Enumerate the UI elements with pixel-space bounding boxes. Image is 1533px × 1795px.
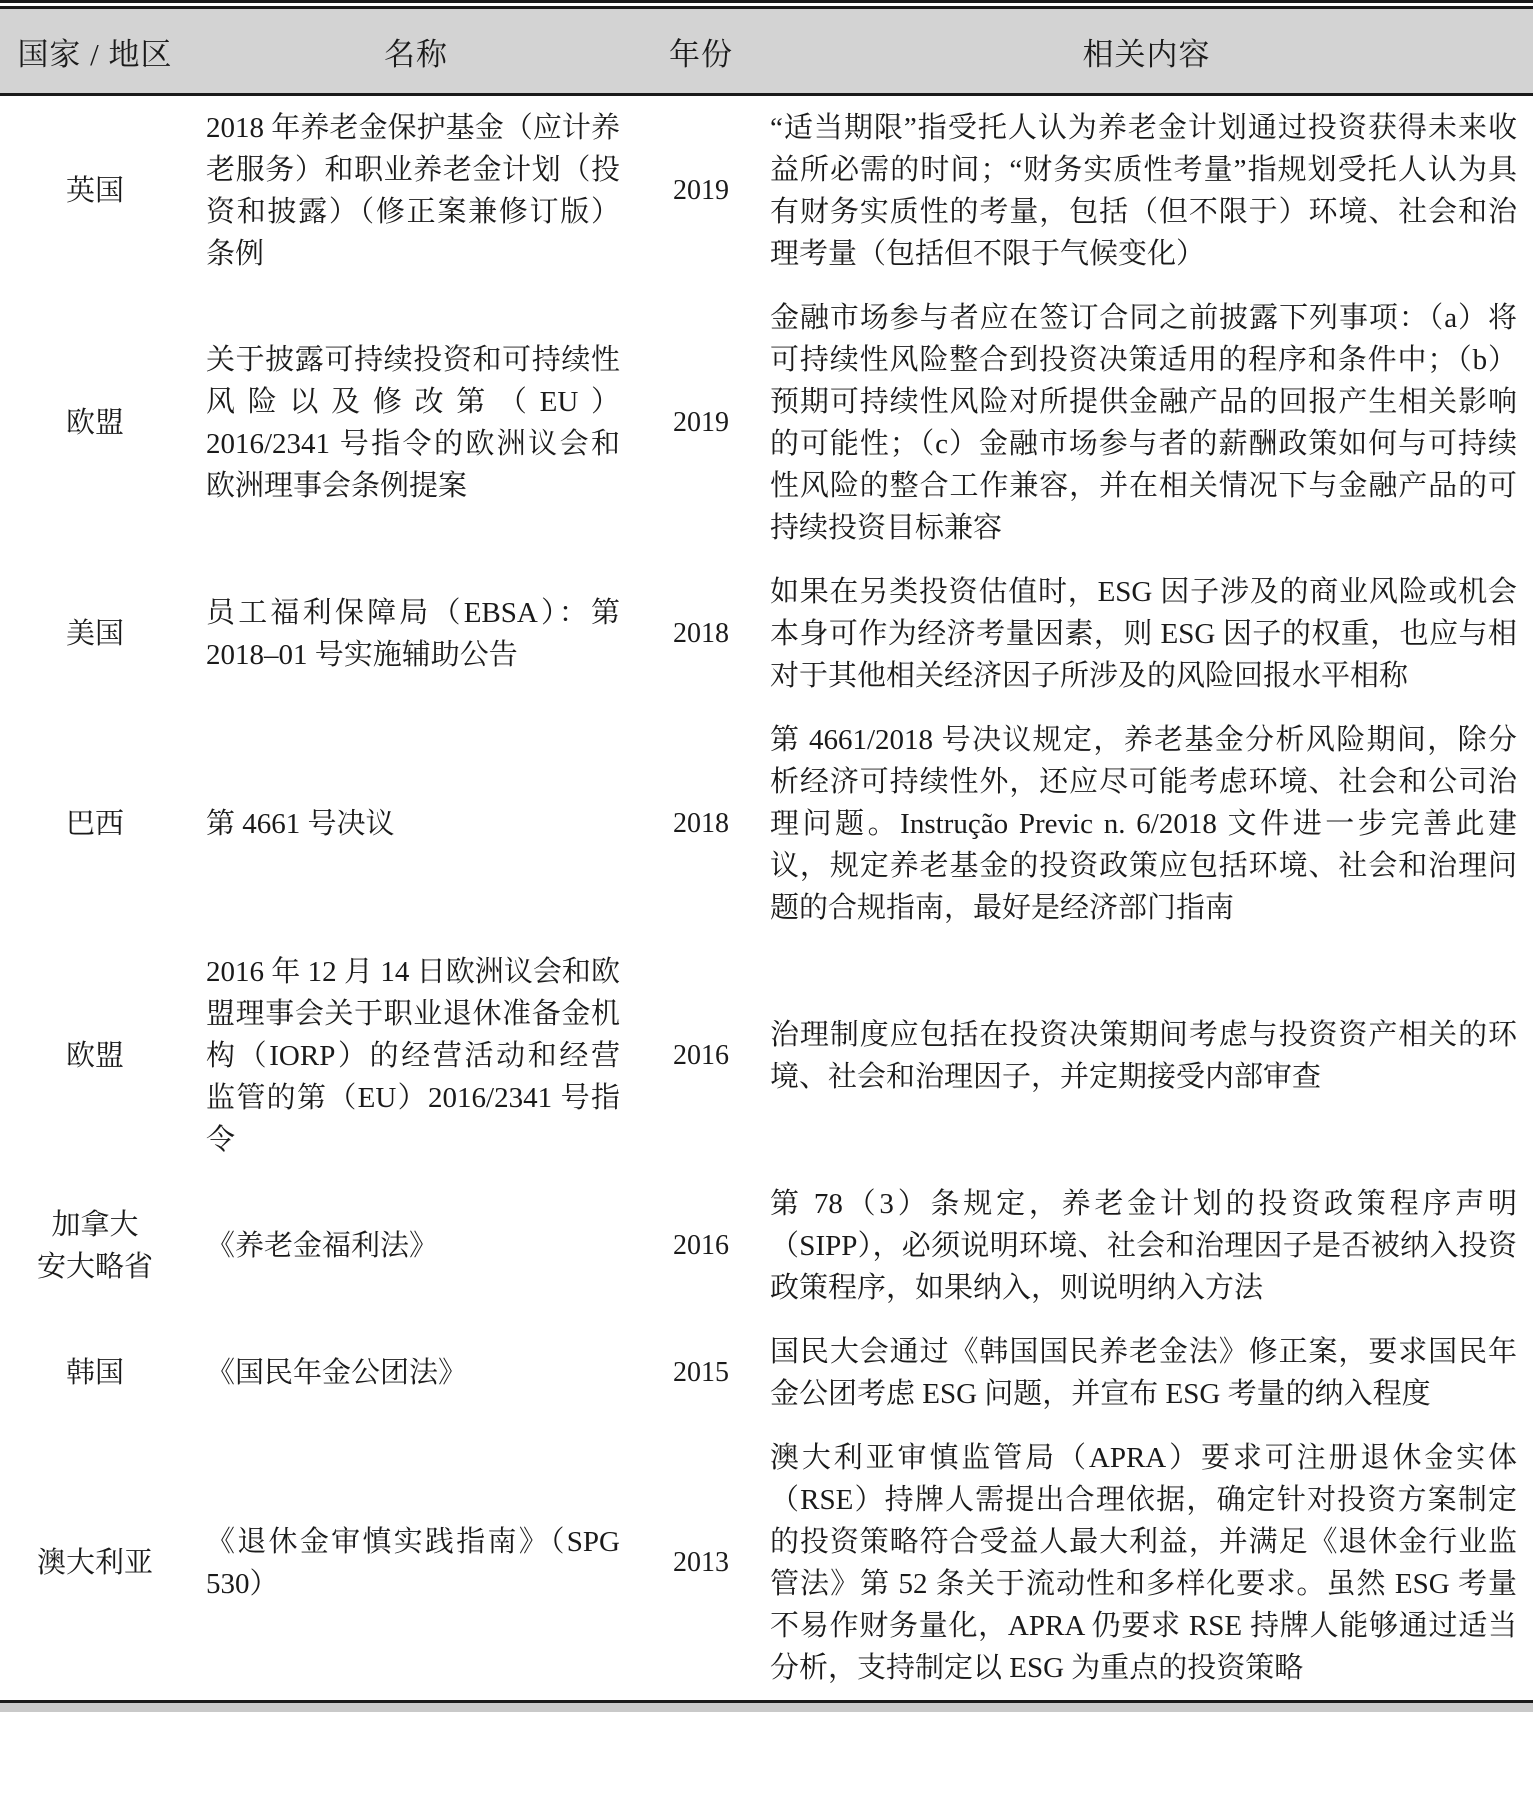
year-cell: 2013: [642, 1426, 760, 1700]
year-cell: 2018: [642, 708, 760, 940]
content-cell: “适当期限”指受托人认为养老金计划通过投资获得未来收益所必需的时间；“财务实质性…: [760, 95, 1533, 287]
region-cell: 巴西: [0, 708, 190, 940]
content-cell: 第 78（3）条规定，养老金计划的投资政策程序声明（SIPP），必须说明环境、社…: [760, 1172, 1533, 1320]
table-row: 加拿大 安大略省 《养老金福利法》 2016 第 78（3）条规定，养老金计划的…: [0, 1172, 1533, 1320]
column-header-region: 国家 / 地区: [0, 9, 190, 95]
region-cell: 美国: [0, 560, 190, 708]
table-body: 英国 2018 年养老金保护基金（应计养老服务）和职业养老金计划（投资和披露）（…: [0, 95, 1533, 1701]
table-top-rule: [0, 0, 1533, 9]
region-cell: 英国: [0, 95, 190, 287]
table-row: 英国 2018 年养老金保护基金（应计养老服务）和职业养老金计划（投资和披露）（…: [0, 95, 1533, 287]
region-cell: 澳大利亚: [0, 1426, 190, 1700]
table-row: 美国 员工福利保障局（EBSA）：第 2018–01 号实施辅助公告 2018 …: [0, 560, 1533, 708]
esg-regulation-table: 国家 / 地区 名称 年份 相关内容 英国 2018 年养老金保护基金（应计养老…: [0, 9, 1533, 1700]
table-row: 欧盟 关于披露可持续投资和可持续性风险以及修改第（EU）2016/2341 号指…: [0, 286, 1533, 560]
column-header-name: 名称: [190, 9, 642, 95]
content-cell: 第 4661/2018 号决议规定，养老基金分析风险期间，除分析经济可持续性外，…: [760, 708, 1533, 940]
region-cell: 韩国: [0, 1320, 190, 1426]
year-cell: 2016: [642, 1172, 760, 1320]
year-cell: 2018: [642, 560, 760, 708]
year-cell: 2019: [642, 286, 760, 560]
name-cell: 第 4661 号决议: [190, 708, 642, 940]
header-row: 国家 / 地区 名称 年份 相关内容: [0, 9, 1533, 95]
region-cell: 欧盟: [0, 940, 190, 1172]
content-cell: 治理制度应包括在投资决策期间考虑与投资资产相关的环境、社会和治理因子，并定期接受…: [760, 940, 1533, 1172]
table-row: 韩国 《国民年金公团法》 2015 国民大会通过《韩国国民养老金法》修正案，要求…: [0, 1320, 1533, 1426]
table-bottom-rule: [0, 1700, 1533, 1712]
table-row: 澳大利亚 《退休金审慎实践指南》（SPG 530） 2013 澳大利亚审慎监管局…: [0, 1426, 1533, 1700]
year-cell: 2016: [642, 940, 760, 1172]
region-cell: 欧盟: [0, 286, 190, 560]
year-cell: 2019: [642, 95, 760, 287]
table-row: 欧盟 2016 年 12 月 14 日欧洲议会和欧盟理事会关于职业退休准备金机构…: [0, 940, 1533, 1172]
table-row: 巴西 第 4661 号决议 2018 第 4661/2018 号决议规定，养老基…: [0, 708, 1533, 940]
table-header: 国家 / 地区 名称 年份 相关内容: [0, 9, 1533, 95]
content-cell: 国民大会通过《韩国国民养老金法》修正案，要求国民年金公团考虑 ESG 问题，并宣…: [760, 1320, 1533, 1426]
document-page: 国家 / 地区 名称 年份 相关内容 英国 2018 年养老金保护基金（应计养老…: [0, 0, 1533, 1795]
name-cell: 《养老金福利法》: [190, 1172, 642, 1320]
content-cell: 澳大利亚审慎监管局（APRA）要求可注册退休金实体（RSE）持牌人需提出合理依据…: [760, 1426, 1533, 1700]
content-cell: 金融市场参与者应在签订合同之前披露下列事项：（a）将可持续性风险整合到投资决策适…: [760, 286, 1533, 560]
name-cell: 员工福利保障局（EBSA）：第 2018–01 号实施辅助公告: [190, 560, 642, 708]
name-cell: 《退休金审慎实践指南》（SPG 530）: [190, 1426, 642, 1700]
name-cell: 2018 年养老金保护基金（应计养老服务）和职业养老金计划（投资和披露）（修正案…: [190, 95, 642, 287]
column-header-content: 相关内容: [760, 9, 1533, 95]
name-cell: 关于披露可持续投资和可持续性风险以及修改第（EU）2016/2341 号指令的欧…: [190, 286, 642, 560]
region-cell: 加拿大 安大略省: [0, 1172, 190, 1320]
name-cell: 2016 年 12 月 14 日欧洲议会和欧盟理事会关于职业退休准备金机构（IO…: [190, 940, 642, 1172]
column-header-year: 年份: [642, 9, 760, 95]
content-cell: 如果在另类投资估值时，ESG 因子涉及的商业风险或机会本身可作为经济考量因素，则…: [760, 560, 1533, 708]
name-cell: 《国民年金公团法》: [190, 1320, 642, 1426]
year-cell: 2015: [642, 1320, 760, 1426]
